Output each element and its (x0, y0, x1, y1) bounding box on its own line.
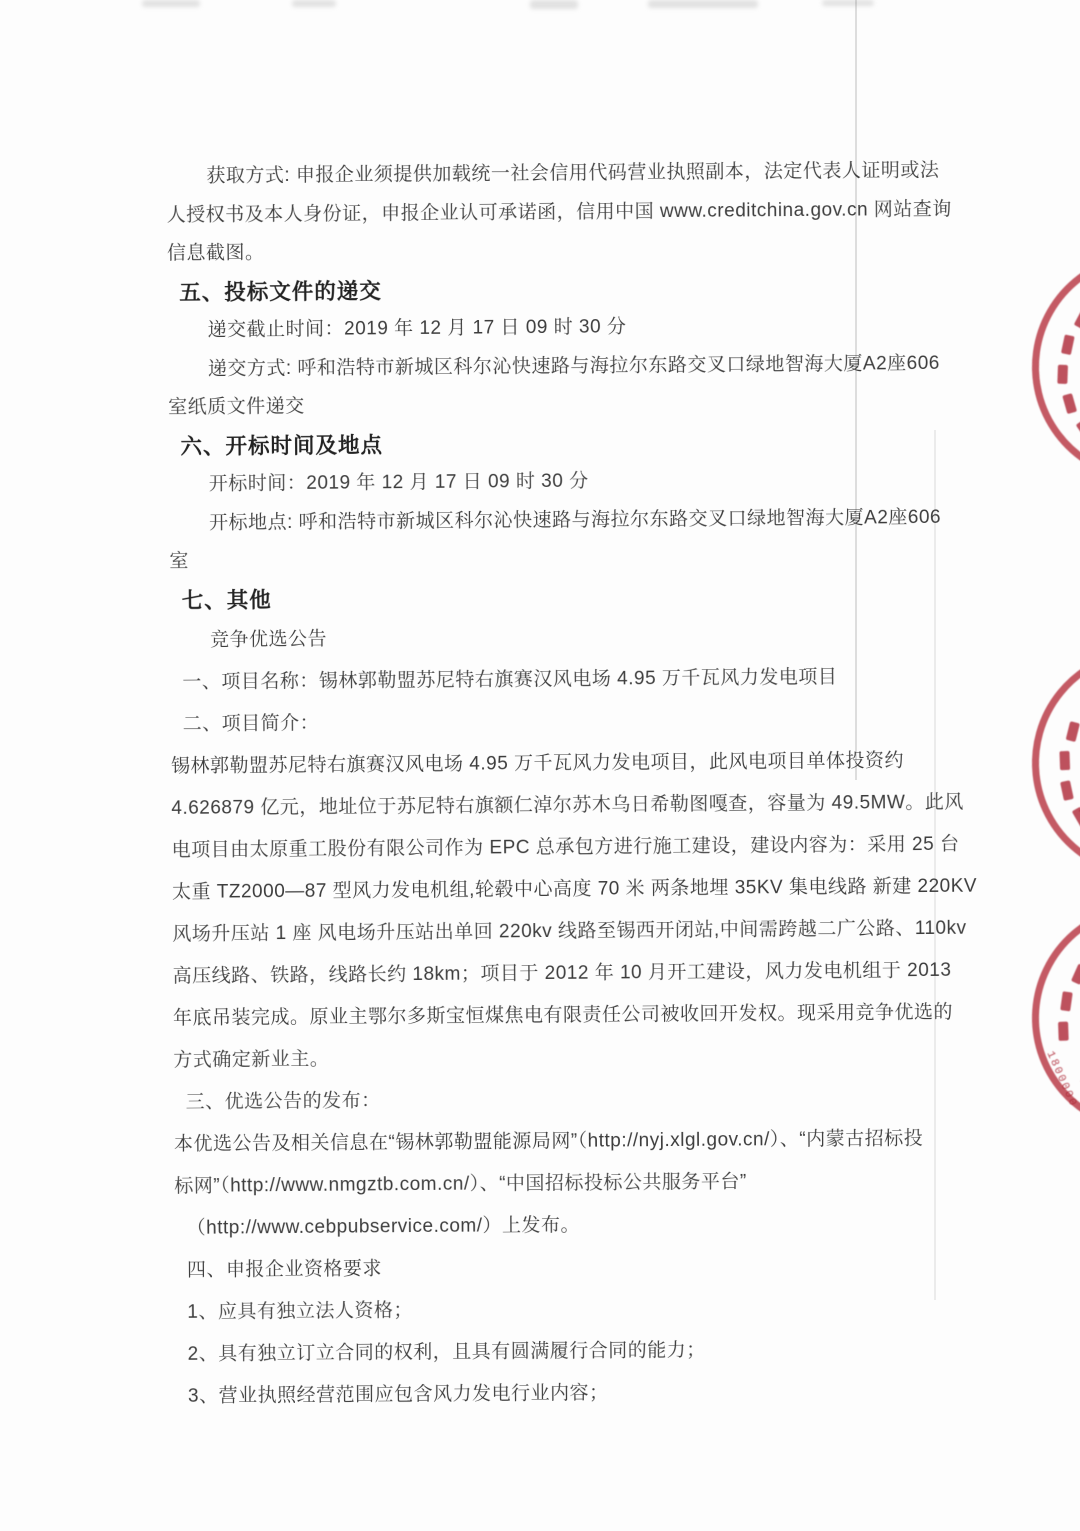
qualification-label: 四、申报企业资格要求 (175, 1243, 1080, 1292)
doc-line: 人授权书及本人身份证，申报企业认可承诺函，信用中国 www.creditchin… (167, 189, 1080, 235)
doc-line: 本优选公告及相关信息在“锡林郭勒盟能源局网”（http://nyj.xlgl.g… (174, 1117, 1080, 1166)
doc-line: 3、营业执照经营范围应包含风力发电行业内容； (176, 1369, 1080, 1418)
project-name-line: 一、项目名称：锡林郭勒盟苏尼特右旗赛汉风电场 4.95 万千瓦风力发电项目 (170, 655, 1080, 704)
doc-line: 风场升压站 1 座 风电场升压站出单回 220kv 线路至锡西开闭站,中间需跨越… (172, 907, 1080, 956)
doc-line: 锡林郭勒盟苏尼特右旗赛汉风电场 4.95 万千瓦风力发电项目，此风电项目单体投资… (171, 739, 1080, 788)
doc-line: 2、具有独立订立合同的权利，且具有圆满履行合同的能力； (175, 1327, 1080, 1376)
doc-line: 1、应具有独立法人资格； (175, 1285, 1080, 1334)
document-body: 获取方式: 申报企业须提供加载统一社会信用代码营业执照副本，法定代表人证明或法 … (0, 0, 1080, 1419)
doc-line: 太重 TZ2000—87 型风力发电机组,轮毂中心高度 70 米 两条地埋 35… (172, 865, 1080, 914)
doc-line: 电项目由太原重工股份有限公司作为 EPC 总承包方进行施工建设，建设内容为：采用… (172, 823, 1080, 872)
doc-line: 方式确定新业主。 (173, 1033, 1080, 1082)
doc-line: （http://www.cebpubservice.com/）上发布。 (174, 1201, 1080, 1250)
project-brief-label: 二、项目简介： (171, 697, 1080, 746)
publish-label: 三、优选公告的发布： (173, 1075, 1080, 1124)
doc-line: 高压线路、铁路，线路长约 18km；项目于 2012 年 10 月开工建设，风力… (172, 949, 1080, 998)
notice-title: 竞争优选公告 (170, 613, 1080, 662)
doc-line: 标网”（http://www.nmgztb.com.cn/）、“中国招标投标公共… (174, 1159, 1080, 1208)
doc-line: 4.626879 亿元，地址位于苏尼特右旗额仁淖尔苏木乌日希勒图嘎查，容量为 4… (171, 781, 1080, 830)
scanned-document-page: 获取方式: 申报企业须提供加载统一社会信用代码营业执照副本，法定代表人证明或法 … (0, 0, 1080, 1531)
doc-line: 年底吊装完成。原业主鄂尔多斯宝恒煤焦电有限责任公司被收回开发权。现采用竞争优选的 (173, 991, 1080, 1040)
